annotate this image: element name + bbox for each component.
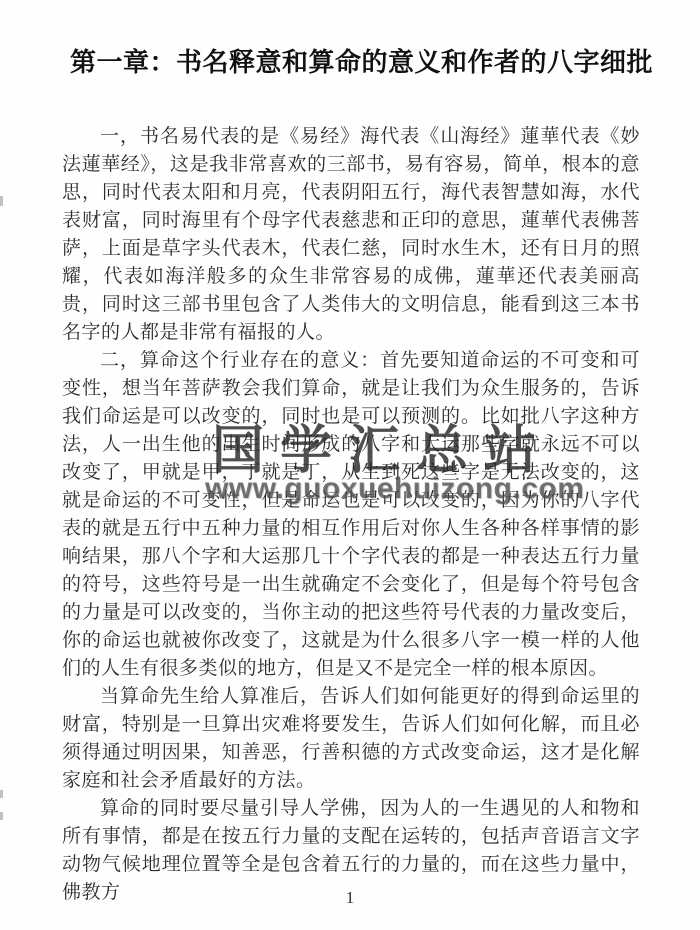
chapter-title: 第一章：书名释意和算命的意义和作者的八字细批: [70, 42, 640, 79]
document-page: 第一章：书名释意和算命的意义和作者的八字细批 一，书名易代表的是《易经》海代表《…: [0, 0, 700, 930]
page-number: 1: [0, 888, 700, 908]
scan-artifact: [0, 812, 3, 820]
paragraph-resolving-disaster: 当算命先生给人算准后，告诉人们如何能更好的得到命运里的财富，特别是一旦算出灾难将…: [62, 683, 640, 795]
scan-artifact: [0, 790, 3, 798]
body-text: 一，书名易代表的是《易经》海代表《山海经》蓮華代表《妙法蓮華经》，这是我非常喜欢…: [62, 123, 640, 907]
scan-artifact: [0, 196, 3, 206]
paragraph-book-names: 一，书名易代表的是《易经》海代表《山海经》蓮華代表《妙法蓮華经》，这是我非常喜欢…: [62, 123, 640, 347]
paragraph-meaning-of-fortune-telling: 二，算命这个行业存在的意义：首先要知道命运的不可变和可变性，想当年菩萨教会我们算…: [62, 347, 640, 683]
